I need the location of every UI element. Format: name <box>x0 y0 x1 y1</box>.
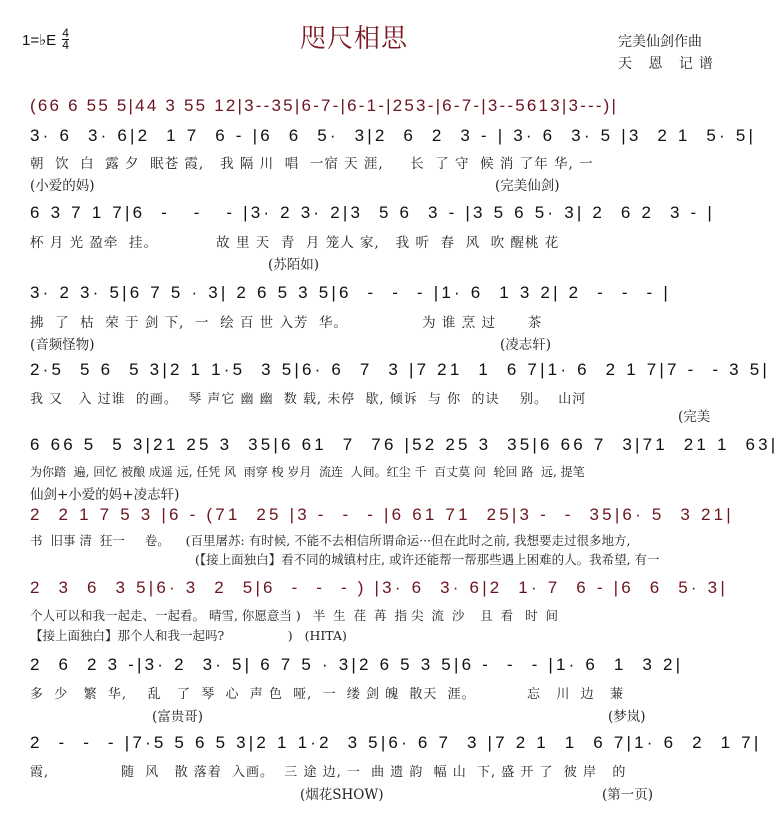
time-signature: 4 4 <box>62 28 69 51</box>
singer-label: (完美仙剑) <box>495 174 560 194</box>
monologue-line: 【接上面独白】那个人和我一起吗? ) (HITA) <box>30 626 347 644</box>
lyrics-line: 朝 饮 白 露 夕 眠苍 霞, 我 隔 川 唱 一宿 天 涯, 长 了 守 候 … <box>30 152 594 172</box>
singer-label: 仙剑+小爱的妈+凌志轩) <box>30 483 179 503</box>
singer-label: (完美 <box>678 405 710 425</box>
melody-notes: 2 6 2 3 -|3· 2 3· 5| 6 7 5 · 3|2 6 5 3 5… <box>30 655 683 677</box>
singer-label: (梦岚) <box>608 705 646 725</box>
page-label: (第一页) <box>602 783 653 803</box>
singer-label: (烟花SHOW) <box>300 783 384 803</box>
melody-notes: 2·5 5 6 5 3|2 1 1·5 3 5|6· 6 7 3 |7 21 1… <box>30 360 770 382</box>
singer-label: (小爱的妈) <box>30 174 95 194</box>
melody-notes: 2 2 1 7 5 3 |6 - (71 25 |3 - - - |6 61 7… <box>30 505 734 527</box>
lyrics-line: 拂 了 枯 荣 于 剑 下, 一 绘 百 世 入芳 华。 为 谁 烹 过 茶 <box>30 311 542 331</box>
transcriber-credit: 天 恩 记谱 <box>618 53 719 73</box>
melody-notes: 2 - - - |7·5 5 6 5 3|2 1 1·2 3 5|6· 6 7 … <box>30 733 761 755</box>
singer-label: (苏陌如) <box>268 253 319 273</box>
melody-notes: 3· 6 3· 6|2 1 7 6 - |6 6 5· 3|2 6 2 3 - … <box>30 126 756 148</box>
key-label: 1=♭E <box>22 31 56 49</box>
lyrics-line: 书 旧事 清 狂一 卷。 (百里屠苏: 有时候, 不能不去相信所谓命运···但在… <box>30 531 630 549</box>
intro-notes: (66 6 55 5|44 3 55 12|3--35|6-7-|6-1-|25… <box>30 96 618 118</box>
lyrics-line: 霞, 随 风 散 落着 入画。 三 途 边, 一 曲 遗 韵 幅 山 下, 盛 … <box>30 761 626 780</box>
lyrics-line: 我 又 入 过谁 的画。 琴 声它 幽 幽 数 载, 未停 歇, 倾诉 与 你 … <box>30 388 586 407</box>
singer-label: (富贵哥) <box>152 705 203 725</box>
singer-label: (音频怪物) <box>30 333 95 353</box>
lyrics-line: 为你踏 遍, 回忆 被酿 成遥 远, 任凭 风 雨穿 梭 岁月 流连 人间。红尘… <box>30 463 585 480</box>
time-signature-bottom: 4 <box>62 40 69 51</box>
song-title: 咫尺相思 <box>300 18 408 55</box>
composer-credit: 完美仙剑作曲 <box>618 31 702 51</box>
lyrics-line: 个人可以和我一起走、一起看。 晴雪, 你愿意当 ) 半 生 荏 苒 指 尖 流 … <box>30 606 558 624</box>
lyrics-line: 杯 月 光 盈牵 挂。 故 里 天 青 月 笼人 家, 我 听 春 风 吹 醒桃… <box>30 231 559 251</box>
monologue-line: (【接上面独白】看不同的城镇村庄, 或许还能帮一帮那些遇上困难的人。我希望, 有… <box>195 550 660 568</box>
melody-notes: 6 3 7 1 7|6 - - - |3· 2 3· 2|3 5 6 3 - |… <box>30 203 715 225</box>
key-signature: 1=♭E 4 4 <box>22 28 69 51</box>
lyrics-line: 多 少 繁 华, 乱 了 琴 心 声 色 哑, 一 缕 剑 魄 散天 涯。 忘 … <box>30 683 624 702</box>
melody-notes: 3· 2 3· 5|6 7 5 · 3| 2 6 5 3 5|6 - - - |… <box>30 283 671 305</box>
singer-label: (凌志轩) <box>500 333 551 353</box>
melody-notes: 6 66 5 5 3|21 25 3 35|6 61 7 76 |52 25 3… <box>30 435 778 457</box>
melody-notes: 2 3 6 3 5|6· 3 2 5|6 - - - ) |3· 6 3· 6|… <box>30 578 728 600</box>
